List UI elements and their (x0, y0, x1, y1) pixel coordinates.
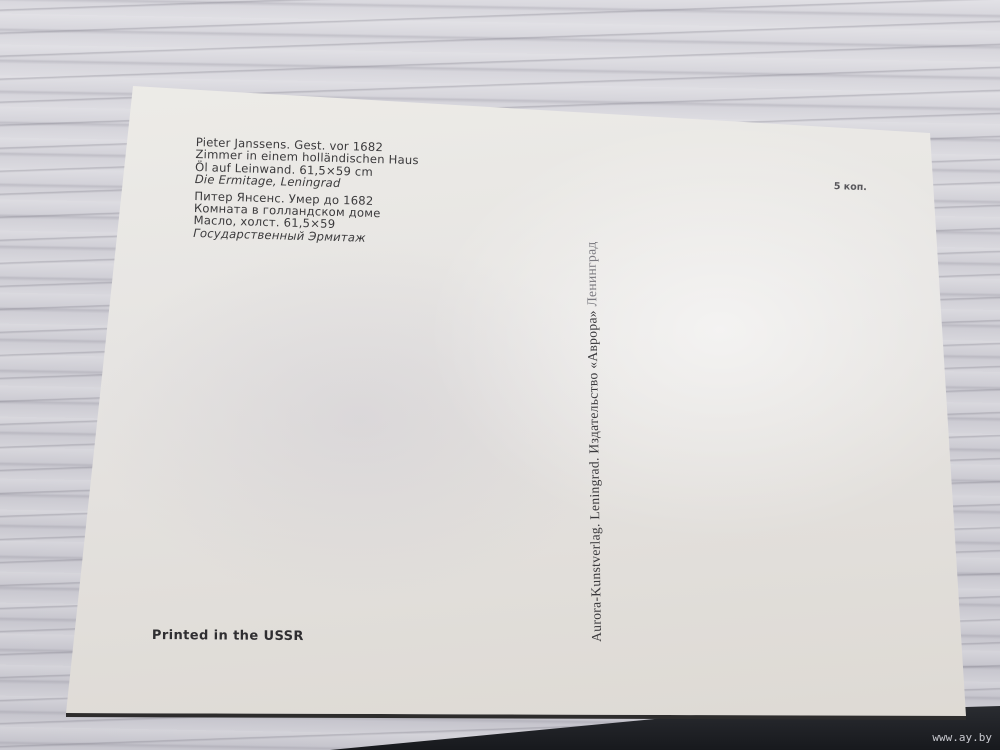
price-label: 5 коп. (834, 181, 867, 193)
artwork-caption: Pieter Janssens. Gest. vor 1682 Zimmer i… (193, 136, 419, 245)
publisher-imprint-city: Ленинград (583, 241, 599, 306)
site-watermark: www.ay.by (932, 731, 992, 744)
printed-in-label: Printed in the USSR (152, 628, 304, 644)
